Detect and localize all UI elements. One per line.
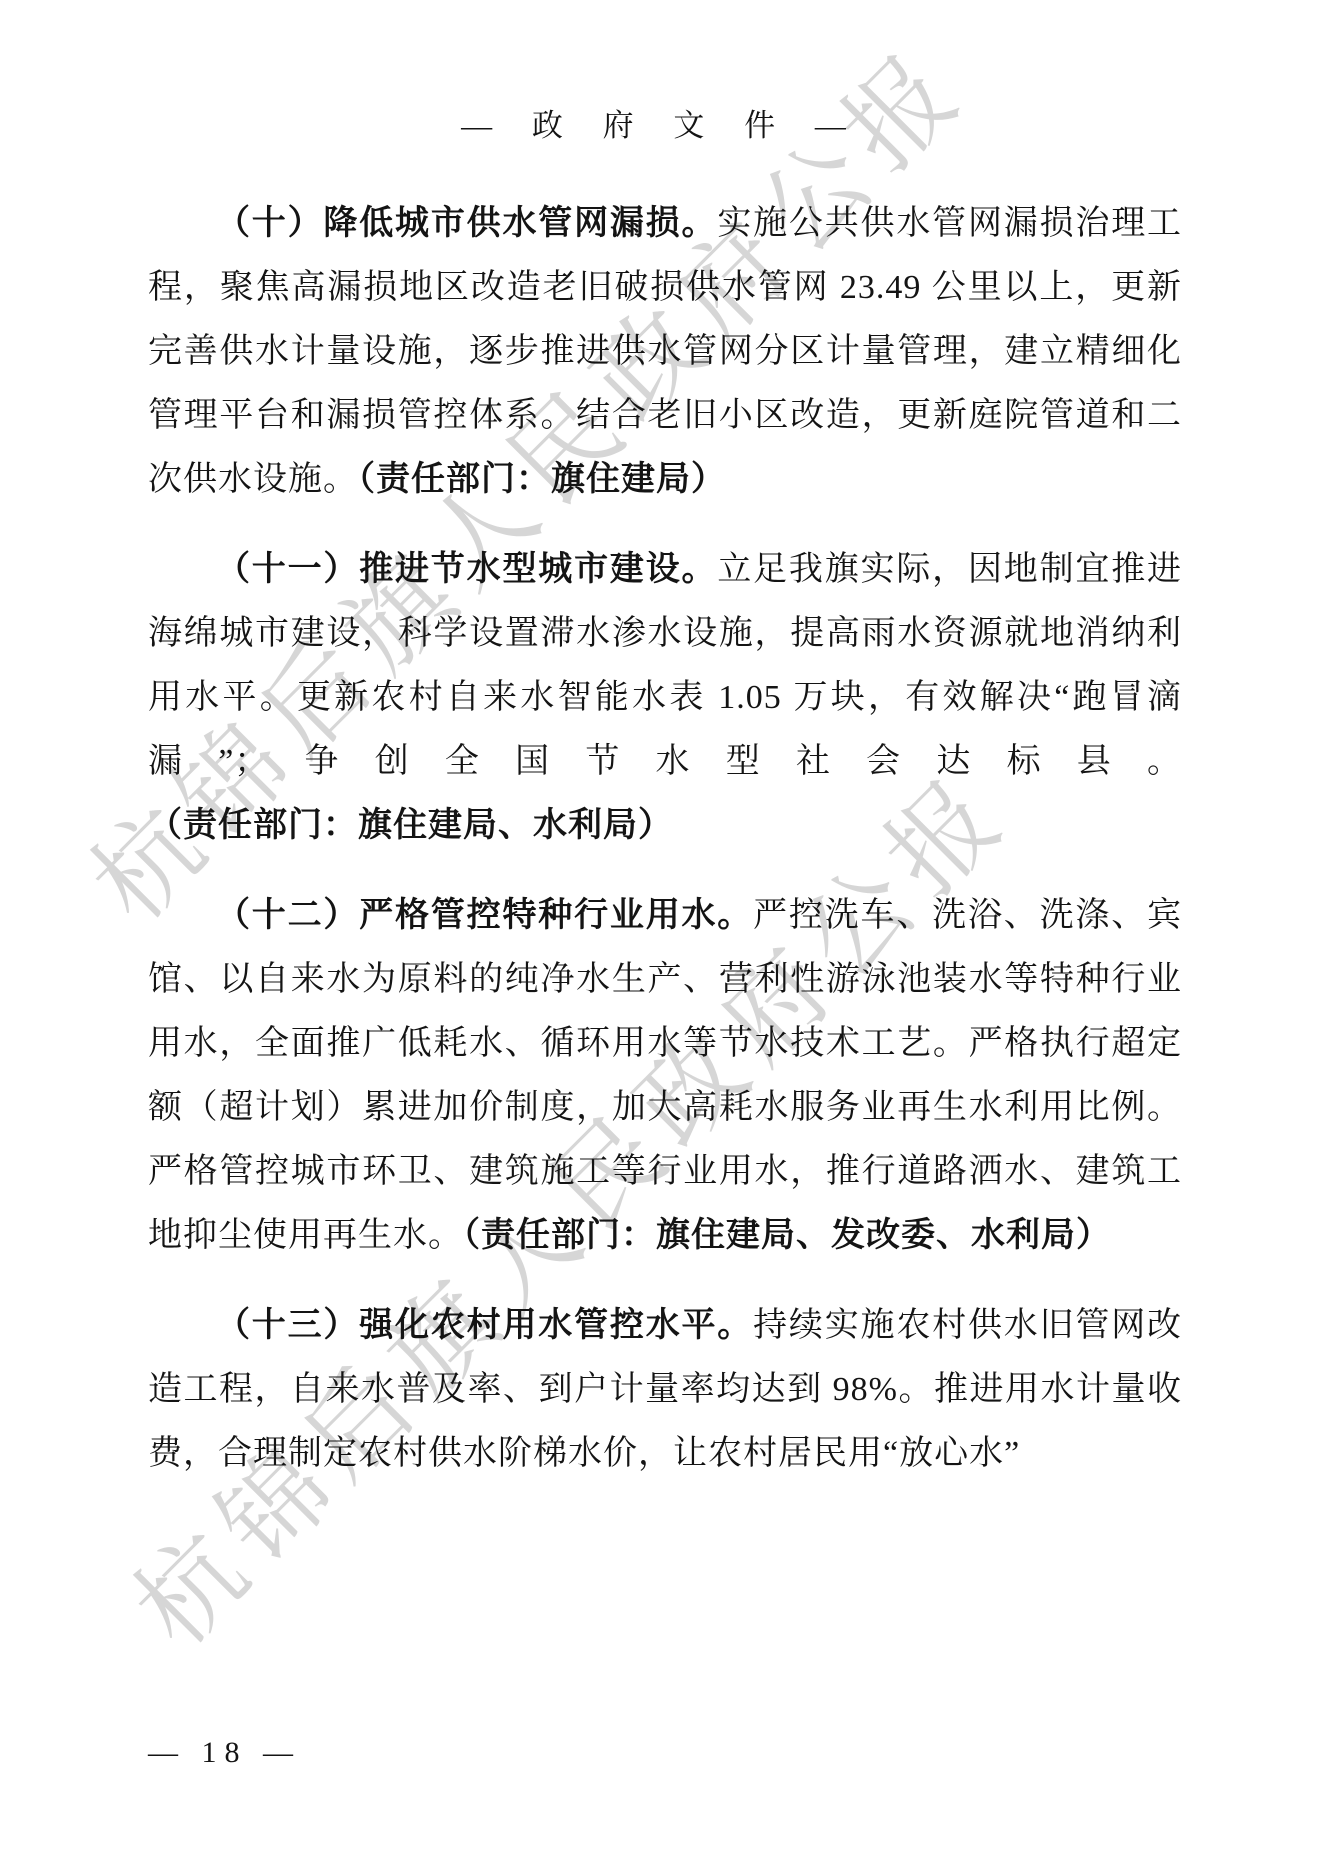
paragraph-10-responsibility: （责任部门：旗住建局） bbox=[358, 461, 726, 498]
paragraph-11: （十一）推进节水型城市建设。立足我旗实际，因地制宜推进海绵城市建设，科学设置滞水… bbox=[148, 538, 1182, 858]
paragraph-13: （十三）强化农村用水管控水平。持续实施农村供水旧管网改造工程，自来水普及率、到户… bbox=[148, 1294, 1182, 1486]
paragraph-10-heading: （十）降低城市供水管网漏损。 bbox=[216, 205, 717, 242]
paragraph-11-heading: （十一）推进节水型城市建设。 bbox=[216, 551, 717, 588]
paragraph-12-responsibility: （责任部门：旗住建局、发改委、水利局） bbox=[463, 1217, 1111, 1254]
page-number: — 18 — bbox=[148, 1736, 301, 1770]
paragraph-12-body: 严控洗车、洗浴、洗涤、宾馆、以自来水为原料的纯净水生产、营利性游泳池装水等特种行… bbox=[148, 897, 1182, 1254]
document-page: 杭锦后旗人民政府公报 杭锦后旗人民政府公报 — 政 府 文 件 — （十）降低城… bbox=[0, 0, 1323, 1871]
paragraph-12-heading: （十二）严格管控特种行业用水。 bbox=[216, 897, 753, 934]
paragraph-10: （十）降低城市供水管网漏损。实施公共供水管网漏损治理工程，聚焦高漏损地区改造老旧… bbox=[148, 192, 1182, 512]
paragraph-10-body: 实施公共供水管网漏损治理工程，聚焦高漏损地区改造老旧破损供水管网 23.49 公… bbox=[148, 205, 1182, 498]
document-body: （十）降低城市供水管网漏损。实施公共供水管网漏损治理工程，聚焦高漏损地区改造老旧… bbox=[148, 192, 1182, 1486]
page-header-title: — 政 府 文 件 — bbox=[0, 100, 1323, 145]
paragraph-13-heading: （十三）强化农村用水管控水平。 bbox=[216, 1307, 753, 1344]
paragraph-11-responsibility: （责任部门：旗住建局、水利局） bbox=[148, 807, 673, 844]
paragraph-12: （十二）严格管控特种行业用水。严控洗车、洗浴、洗涤、宾馆、以自来水为原料的纯净水… bbox=[148, 884, 1182, 1268]
